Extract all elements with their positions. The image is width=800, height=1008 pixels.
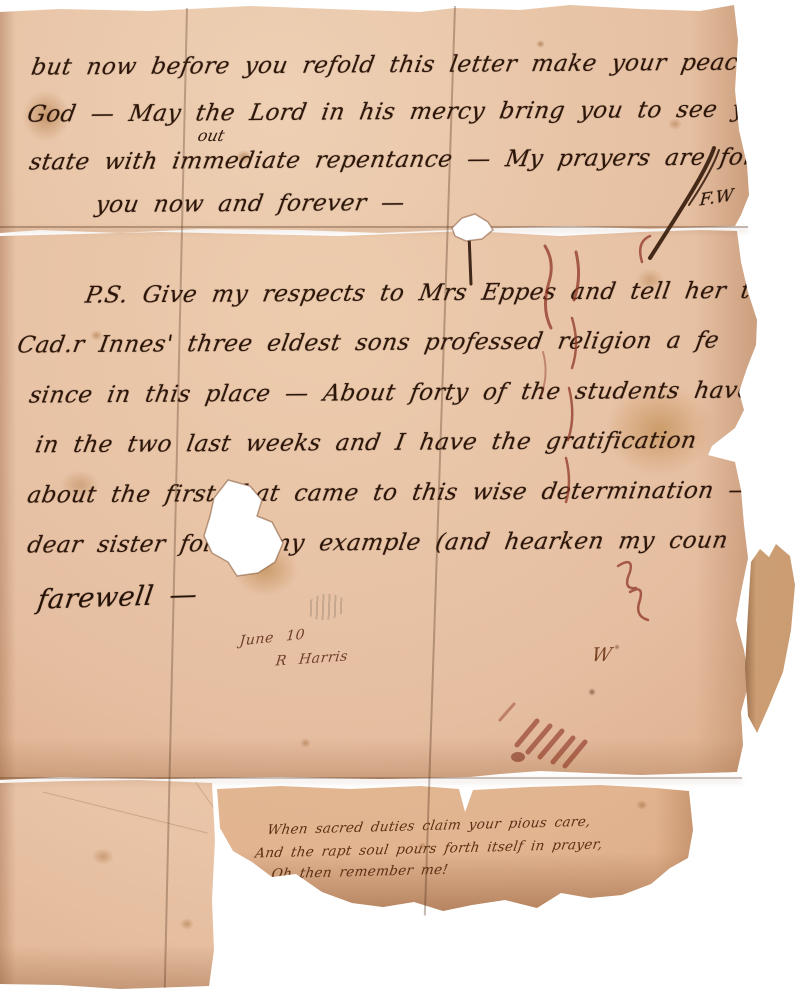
farewell-line: farewell — (35, 579, 199, 616)
torn-edge-shading (0, 945, 220, 990)
left-edge-shading (0, 0, 16, 240)
stain (536, 40, 545, 48)
handwriting-line: but now before you refold this letter ma… (29, 49, 789, 80)
handwriting-line: state with immediate repentance — My pra… (27, 144, 757, 175)
speck (588, 688, 596, 696)
verse-line: When sacred duties claim your pious care… (266, 814, 592, 838)
verse-line: And the rapt soul pours forth itself in … (254, 836, 604, 861)
closing-initials: F.W (699, 186, 734, 211)
stain (636, 800, 648, 810)
torn-edge-shading (655, 785, 695, 905)
stain (300, 738, 311, 748)
ps-line: in the two last weeks and I have the gra… (33, 428, 698, 459)
verse-line: Oh then remember me! (270, 862, 449, 883)
stain (755, 28, 765, 38)
torn-edge-shading (215, 852, 695, 914)
ps-line: dear sister follow my example (and heark… (25, 528, 730, 559)
date-line: June 10 (239, 627, 306, 650)
interlinear-insertion: out (196, 126, 226, 145)
sliver-shadow (744, 544, 756, 736)
crease-line (42, 791, 207, 833)
pencil-smudge (304, 591, 347, 622)
left-edge-shading (0, 780, 16, 990)
speck (614, 644, 620, 650)
letter-scan: but now before you refold this letter ma… (0, 0, 800, 1008)
handwriting-line: God — May the Lord in his mercy bring yo… (25, 96, 789, 127)
monogram-w: W (590, 644, 614, 666)
ps-line: Cad.r Innes' three eldest sons professed… (15, 328, 721, 359)
ps-line: since in this place — About forty of the… (27, 377, 782, 408)
stain (180, 918, 194, 930)
left-edge-shading (0, 228, 16, 784)
handwriting-line: you now and forever — (94, 190, 407, 218)
signature: R Harris (275, 649, 349, 670)
stain (92, 848, 114, 865)
ps-line: P.S. Give my respects to Mrs Eppes and t… (83, 277, 800, 308)
fold-shading (0, 738, 760, 782)
ps-line: about the first that came to this wise d… (25, 477, 754, 508)
